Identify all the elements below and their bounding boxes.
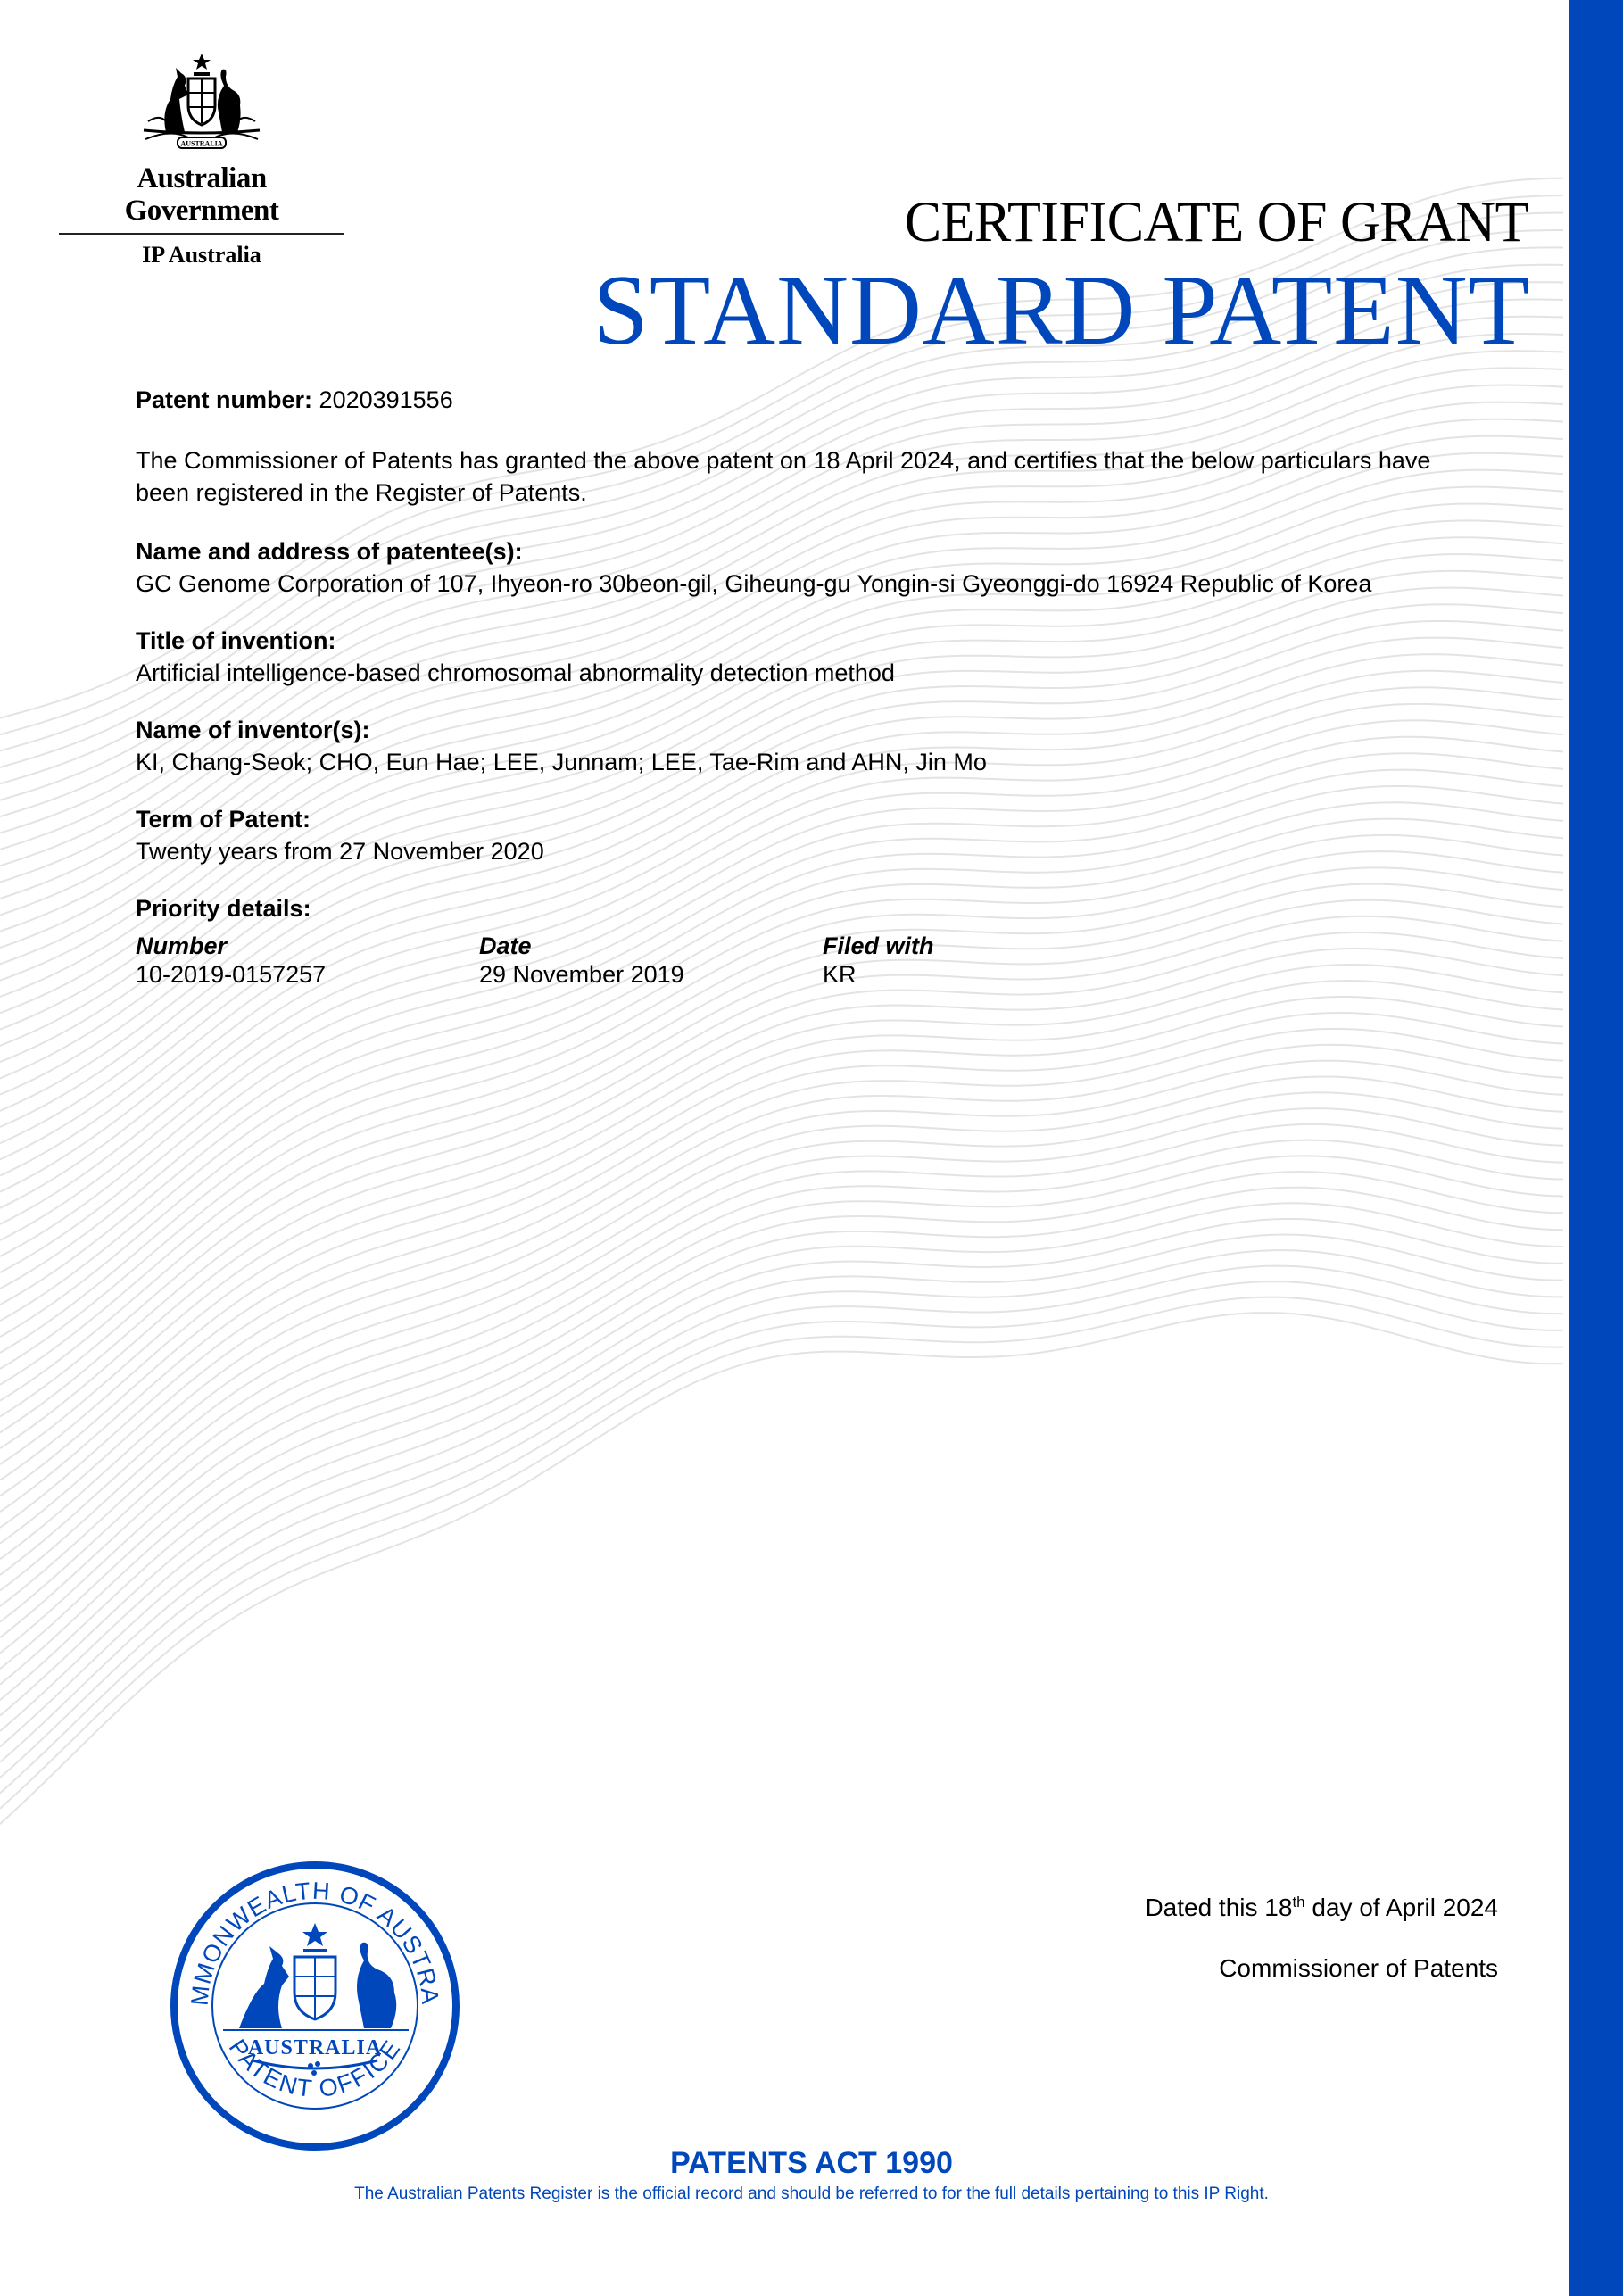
dated-line: Dated this 18th day of April 2024 [1145,1892,1498,1924]
signatory: Commissioner of Patents [1219,1954,1498,1983]
certificate-title: CERTIFICATE OF GRANT [905,193,1528,251]
priority-heading: Priority details: [136,892,1492,924]
patents-act-title: PATENTS ACT 1990 [0,2146,1623,2181]
coat-of-arms-icon: AUSTRALIA [126,50,277,157]
invention-title-value: Artificial intelligence-based chromosoma… [136,657,1492,689]
invention-title-heading: Title of invention: [136,625,1492,657]
blue-side-bar [1569,0,1623,2296]
patentee-heading: Name and address of patentee(s): [136,535,1492,568]
logo-divider [59,233,344,235]
register-disclaimer: The Australian Patents Register is the o… [0,2184,1623,2204]
priority-column-filed-with: Filed with [823,932,1090,960]
patent-number-label: Patent number: [136,386,312,413]
inventors-value: KI, Chang-Seok; CHO, Eun Hae; LEE, Junna… [136,746,1492,778]
svg-text:AUSTRALIA: AUSTRALIA [180,140,222,148]
dated-prefix: Dated this 18 [1145,1894,1292,1921]
patentee-value: GC Genome Corporation of 107, Ihyeon-ro … [136,568,1483,600]
grant-statement: The Commissioner of Patents has granted … [136,444,1447,509]
certificate-body: Patent number: 2020391556 The Commission… [136,384,1492,989]
inventors-heading: Name of inventor(s): [136,714,1492,746]
priority-column-number: Number [136,932,479,960]
dated-ordinal: th [1292,1894,1304,1911]
priority-table: Number Date Filed with 10-2019-0157257 2… [136,932,1492,989]
term-value: Twenty years from 27 November 2020 [136,835,1492,867]
svg-text:AUSTRALIA: AUSTRALIA [248,2036,382,2060]
patent-office-seal-icon: COMMONWEALTH OF AUSTRALIA PATENT OFFICE … [168,1859,462,2153]
priority-filed-with: KR [823,960,1090,989]
dated-rest: day of April 2024 [1305,1894,1498,1921]
patent-number: 2020391556 [319,386,453,413]
priority-column-date: Date [479,932,823,960]
patent-number-line: Patent number: 2020391556 [136,384,1492,416]
priority-date: 29 November 2019 [479,960,823,989]
term-heading: Term of Patent: [136,803,1492,835]
government-logo: AUSTRALIA Australian Government IP Austr… [59,50,344,269]
priority-number: 10-2019-0157257 [136,960,479,989]
agency-name: IP Australia [59,242,344,269]
patent-type-title: STANDARD PATENT [593,261,1530,361]
government-name: Australian Government [59,162,344,228]
